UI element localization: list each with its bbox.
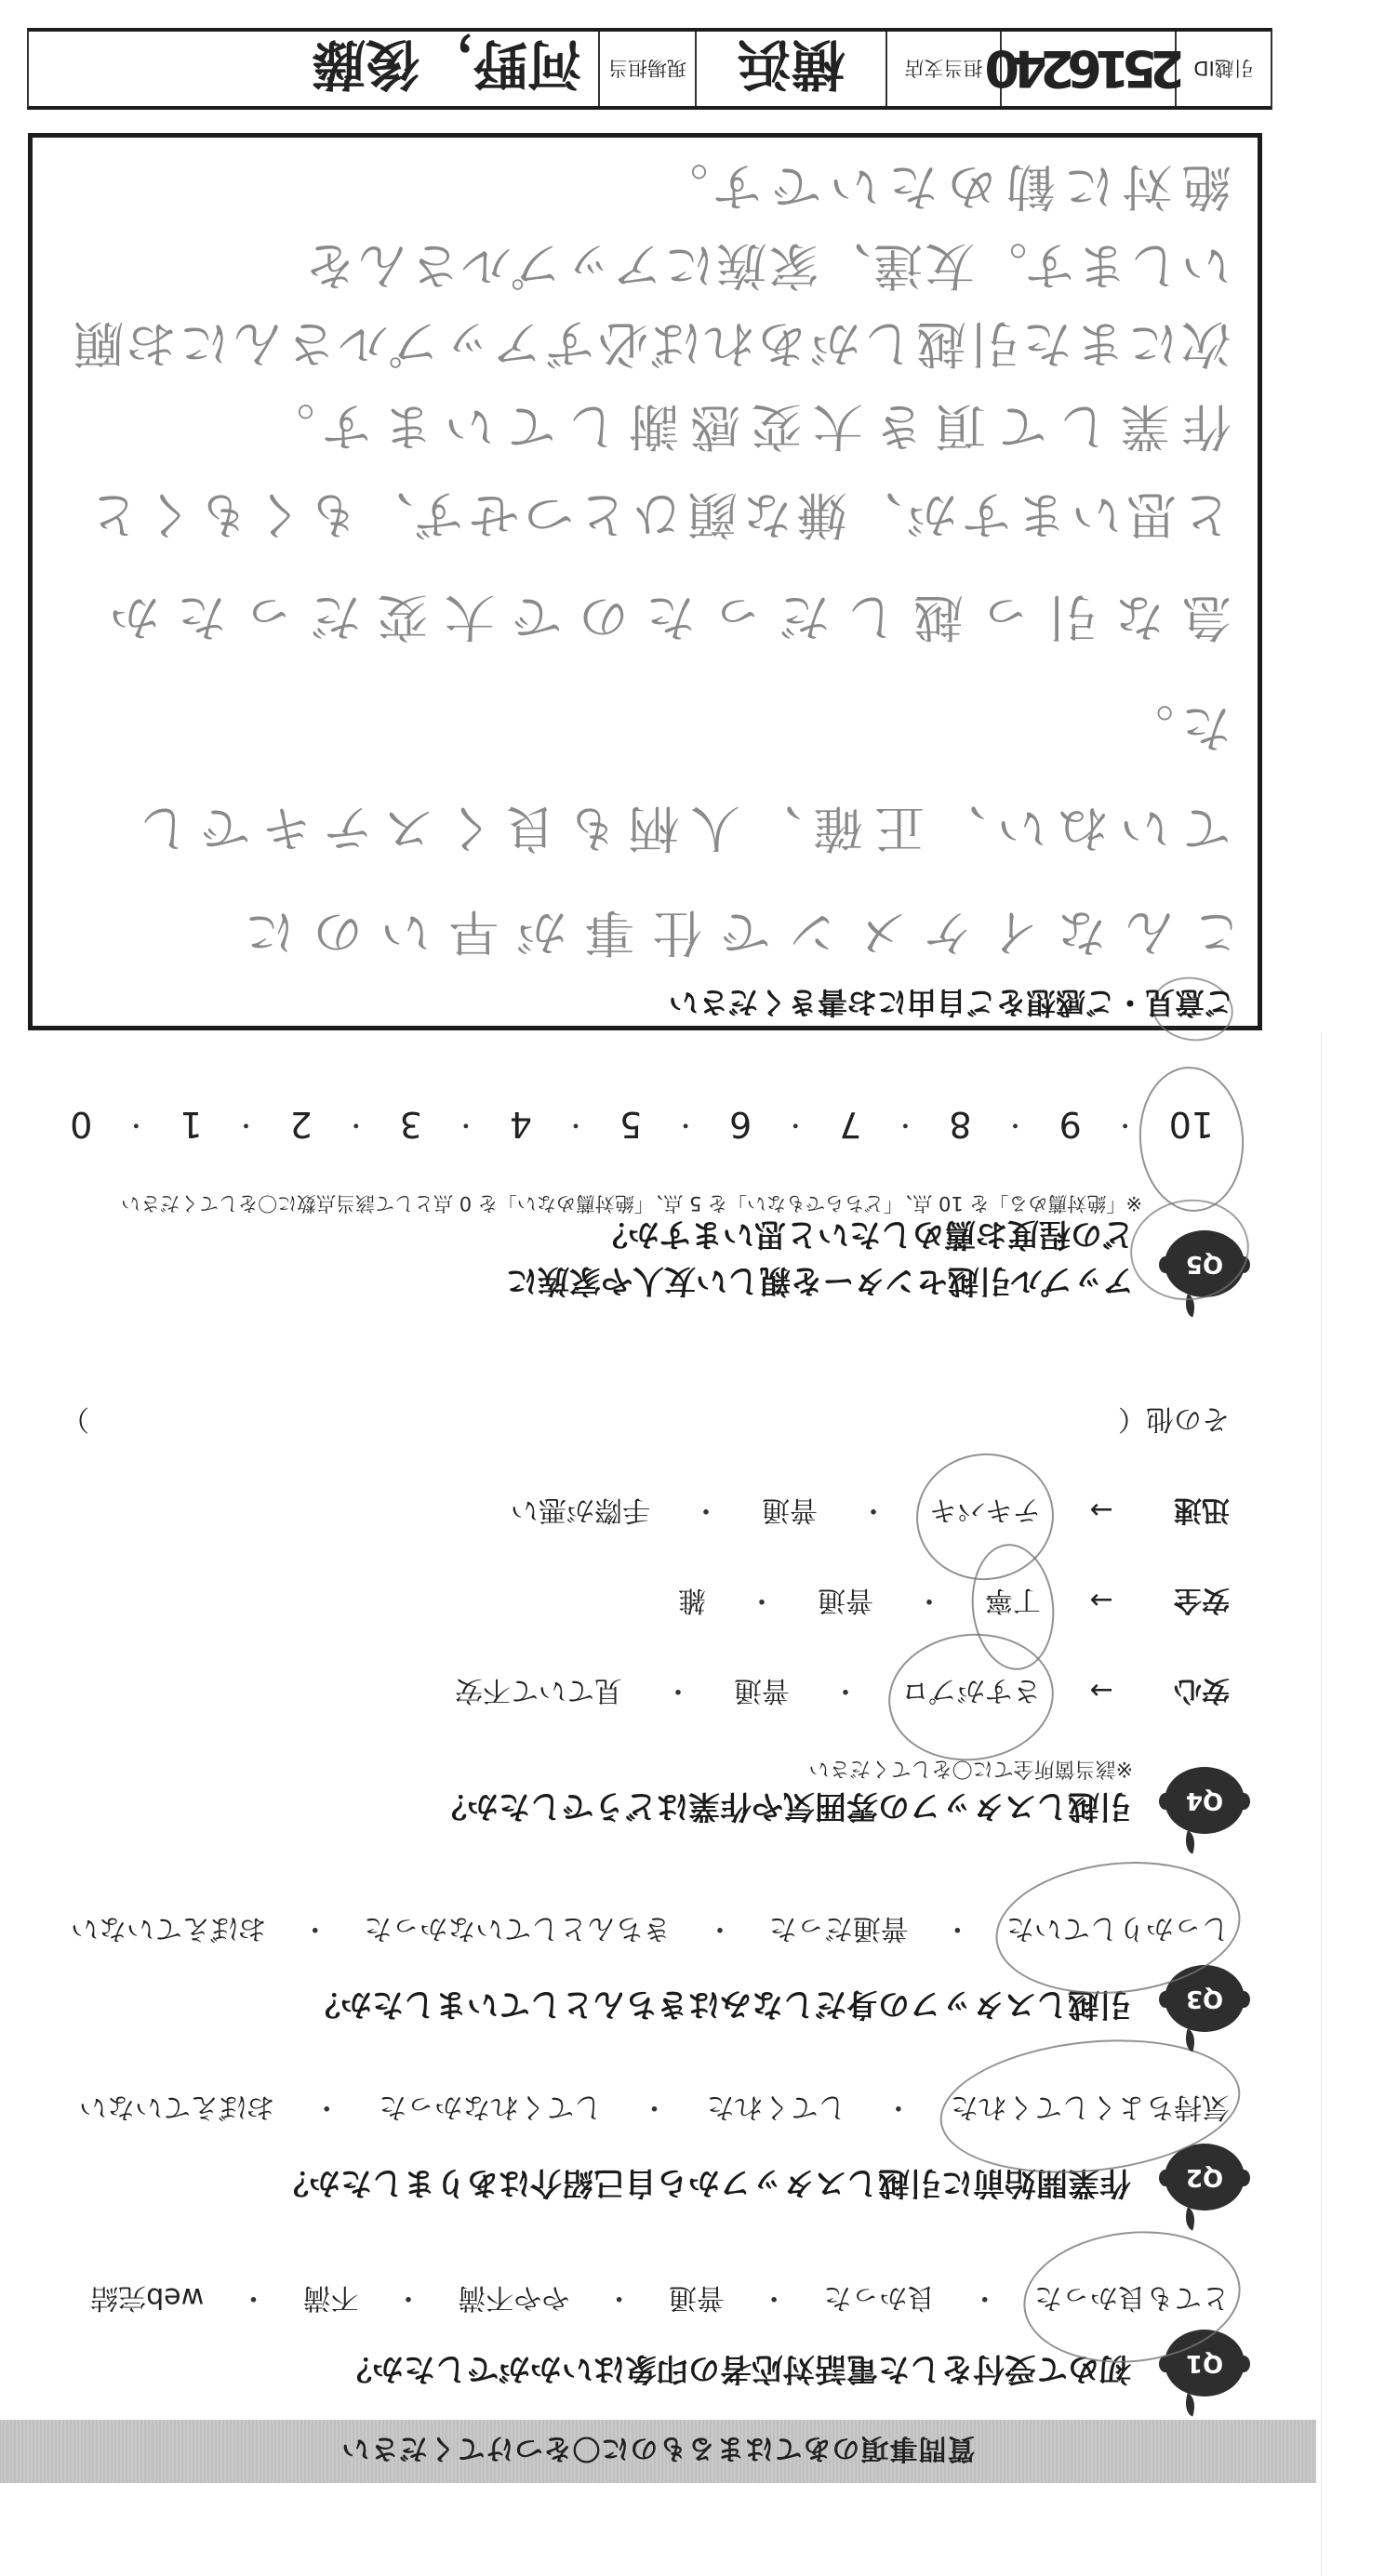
handwritten-comment-line: 作業して頂き大変感謝しています。 — [253, 393, 1232, 458]
q1-option: とても良かった — [1034, 2280, 1230, 2314]
q2-option: してくれた — [707, 2090, 846, 2123]
staff-value: 河野，後藤 — [312, 30, 581, 108]
q4-badge-label: Q4 — [1186, 1786, 1223, 1814]
pencil-circle-mark — [1124, 1192, 1256, 1308]
q4-option: 手際が悪い — [511, 1493, 650, 1526]
score-option: 4 — [510, 1104, 532, 1145]
instructions-banner: 質問事項のあてはまるものに〇をつけてください — [0, 2420, 1316, 2483]
q4-option: テキパキ — [929, 1493, 1041, 1526]
handwritten-comment-line: た。 — [1116, 695, 1232, 760]
separator-dot: ・ — [893, 1104, 917, 1145]
handwritten-comment-line: 絶対に勧めたいです。 — [649, 153, 1232, 219]
move-id-value-cell: 2516240 — [1000, 32, 1175, 106]
score-option: 7 — [839, 1104, 861, 1145]
move-id-label-cell: 引越ID — [1175, 32, 1271, 106]
score-option: 1 — [180, 1104, 202, 1145]
q3-option: きちんとしていなかった — [364, 1911, 671, 1945]
separator-dot: ・ — [313, 2090, 340, 2123]
score-option: 10 — [1169, 1104, 1214, 1145]
q4-option: 普通 — [762, 1493, 818, 1526]
q4-note: ※該当箇所全てに〇をしてください — [809, 1757, 1133, 1779]
q3-badge-label: Q3 — [1186, 1985, 1223, 2012]
q3-option: しっかりしていた — [1006, 1911, 1230, 1945]
comment-heading: ご意見・ご感想をご自由にお書きください — [669, 985, 1234, 1020]
q1-option: やや不満 — [458, 2280, 569, 2314]
q1-option: 良かった — [823, 2280, 935, 2314]
handwritten-comment-line: 次にまた引越しがあれば必ずアップルさんにお願 — [71, 311, 1232, 376]
staff-value-cell: 河野，後藤 — [29, 32, 598, 106]
handwritten-comment-line: と思いますが、嫌な顔ひとつせず、もくもくと — [84, 482, 1232, 547]
arrow-right-icon: → — [1083, 1583, 1120, 1616]
q4-option: 見ていて不安 — [455, 1673, 622, 1706]
handwritten-comment-line: いします。友達、家族にアップルさんを — [303, 232, 1232, 298]
q1-option: web完結 — [90, 2280, 204, 2314]
move-id-label: 引越ID — [1193, 55, 1253, 83]
comment-box: ご意見・ご感想をご自由にお書きください こんなイケメンで仕事が早いのに ていねい… — [28, 133, 1262, 1030]
instructions-text: 質問事項のあてはまるものに〇をつけてください — [341, 2431, 976, 2472]
separator-dot: ・ — [692, 1493, 720, 1526]
q2-badge-label: Q2 — [1186, 2163, 1223, 2191]
q3-option: おぼえていない — [71, 1911, 266, 1945]
q4-option: 普通 — [734, 1673, 790, 1706]
move-id-value: 2516240 — [992, 40, 1184, 99]
handwritten-comment-line: 急な引っ越しだったので大変だったか — [93, 584, 1232, 649]
badge-bump — [1237, 1991, 1250, 2008]
separator-dot: ・ — [971, 2280, 999, 2314]
badge-bump — [1237, 1793, 1250, 1810]
q3-options: しっかりしていた ・ 普通だった ・ きちんとしていなかった ・ おぼえていない — [71, 1911, 1230, 1945]
score-option: 8 — [949, 1104, 971, 1145]
separator-dot: ・ — [943, 1911, 971, 1945]
separator-dot: ・ — [1113, 1104, 1138, 1145]
separator-dot: ・ — [832, 1673, 859, 1706]
survey-sheet: 質問事項のあてはまるものに〇をつけてください Q1 初めて受付をした電話対応者の… — [0, 0, 1398, 2576]
separator-dot: ・ — [454, 1104, 478, 1145]
badge-bump — [1159, 2170, 1172, 2186]
separator-dot: ・ — [606, 2280, 633, 2314]
badge-bump — [1159, 1991, 1172, 2008]
q1-option: 普通 — [669, 2280, 725, 2314]
q1-option: 不満 — [303, 2280, 359, 2314]
q2-option: してくれなかった — [379, 2090, 602, 2123]
separator-dot: ・ — [664, 1673, 692, 1706]
branch-label: 担当支店 — [905, 55, 983, 83]
q4-option: さすがプロ — [901, 1673, 1041, 1706]
q5-score-scale: 10 ・ 9 ・ 8 ・ 7 ・ 6 ・ 5 ・ 4 ・ 3 ・ 2 ・ 1 ・… — [70, 1104, 1214, 1145]
q1-options: とても良かった ・ 良かった ・ 普通 ・ やや不満 ・ 不満 ・ web完結 — [90, 2280, 1230, 2314]
q2-options: 気持ちよくしてくれた ・ してくれた ・ してくれなかった ・ おぼえていない — [79, 2090, 1230, 2123]
separator-dot: ・ — [748, 1583, 776, 1616]
q4-apple-badge-icon: Q4 — [1165, 1767, 1245, 1834]
q2-option: 気持ちよくしてくれた — [951, 2090, 1230, 2123]
branch-label-cell: 担当支店 — [885, 32, 1000, 106]
separator-dot: ・ — [859, 1493, 887, 1526]
scan-edge-line — [1321, 1032, 1322, 2576]
handwritten-comment-line: こんなイケメンで仕事が早いのに — [227, 899, 1243, 964]
q1-badge-label: Q1 — [1186, 2349, 1223, 2377]
score-option: 0 — [70, 1104, 92, 1145]
staff-label: 現場担当 — [608, 55, 686, 83]
separator-dot: ・ — [344, 1104, 368, 1145]
staff-label-cell: 現場担当 — [598, 32, 695, 106]
separator-dot: ・ — [885, 2090, 912, 2123]
arrow-right-icon: → — [1083, 1493, 1120, 1526]
q4-other-close-paren: ） — [61, 1401, 89, 1435]
separator-dot: ・ — [706, 1911, 734, 1945]
q4-option: 雑 — [678, 1583, 706, 1616]
q5-question-line-2: どの程度お薦めしたいと思いますか？ — [596, 1215, 1134, 1253]
separator-dot: ・ — [239, 2280, 267, 2314]
q4-question-text: 引越しスタッフの雰囲気や作業はどうでしたか？ — [435, 1787, 1131, 1825]
q4-row-safety: 安全 → 丁寧 ・ 普通 ・ 雑 — [678, 1583, 1230, 1616]
handwritten-comment-line: ていねい、正確、人柄も良くステキでし — [127, 795, 1232, 860]
q1-question-text: 初めて受付をした電話対応者の印象はいかがでしたか？ — [340, 2350, 1131, 2387]
q2-option: おぼえていない — [79, 2090, 274, 2123]
score-option: 3 — [400, 1104, 422, 1145]
q4-other-label: その他（ — [1118, 1401, 1230, 1435]
badge-bump — [1237, 2356, 1250, 2372]
leaf-icon — [1181, 2208, 1199, 2231]
arrow-right-icon: → — [1083, 1673, 1120, 1706]
move-info-table: 引越ID 2516240 担当支店 横浜 現場担当 河野，後藤 — [27, 28, 1272, 110]
q3-apple-badge-icon: Q3 — [1165, 1965, 1245, 2032]
q4-row-label: 迅速 — [1174, 1493, 1230, 1526]
leaf-icon — [1181, 2394, 1199, 2417]
q4-row-reassurance: 安心 → さすがプロ ・ 普通 ・ 見ていて不安 — [455, 1673, 1230, 1706]
separator-dot: ・ — [915, 1583, 943, 1616]
branch-value: 横浜 — [738, 30, 845, 108]
score-option: 9 — [1059, 1104, 1082, 1145]
separator-dot: ・ — [564, 1104, 588, 1145]
leaf-icon — [1181, 2029, 1199, 2052]
separator-dot: ・ — [641, 2090, 669, 2123]
q4-option: 丁寧 — [985, 1583, 1041, 1616]
q3-option: 普通だった — [769, 1911, 909, 1945]
branch-value-cell: 横浜 — [695, 32, 885, 106]
q1-apple-badge-icon: Q1 — [1165, 2330, 1245, 2397]
q2-question-text: 作業開始前に引越しスタッフから自己紹介はありましたか？ — [277, 2164, 1131, 2201]
leaf-icon — [1181, 1831, 1199, 1854]
separator-dot: ・ — [234, 1104, 259, 1145]
separator-dot: ・ — [1004, 1104, 1028, 1145]
q4-row-label: 安全 — [1174, 1583, 1230, 1616]
badge-bump — [1159, 1793, 1172, 1810]
score-option: 2 — [290, 1104, 313, 1145]
q2-apple-badge-icon: Q2 — [1165, 2144, 1245, 2211]
q4-row-label: 安心 — [1174, 1673, 1230, 1706]
score-option: 6 — [729, 1104, 752, 1145]
q4-other-field: その他（ ） — [61, 1401, 1230, 1435]
q5-question-line-1: アップル引越センターを親しい友人や家族に — [506, 1262, 1134, 1299]
score-option: 5 — [619, 1104, 642, 1145]
separator-dot: ・ — [760, 2280, 788, 2314]
separator-dot: ・ — [673, 1104, 698, 1145]
badge-bump — [1159, 2356, 1172, 2372]
separator-dot: ・ — [124, 1104, 148, 1145]
q3-question-text: 引越しスタッフの身だしなみはきちんとしていましたか？ — [309, 1985, 1131, 2023]
separator-dot: ・ — [783, 1104, 807, 1145]
separator-dot: ・ — [301, 1911, 329, 1945]
q4-option: 普通 — [818, 1583, 873, 1616]
separator-dot: ・ — [394, 2280, 422, 2314]
q5-note: ※「絶対薦める」を 10 点、「どちらでもない」を 5 点、「絶対薦めない」を … — [121, 1192, 1142, 1215]
q4-row-speed: 迅速 → テキパキ ・ 普通 ・ 手際が悪い — [511, 1493, 1230, 1526]
badge-bump — [1237, 2170, 1250, 2186]
